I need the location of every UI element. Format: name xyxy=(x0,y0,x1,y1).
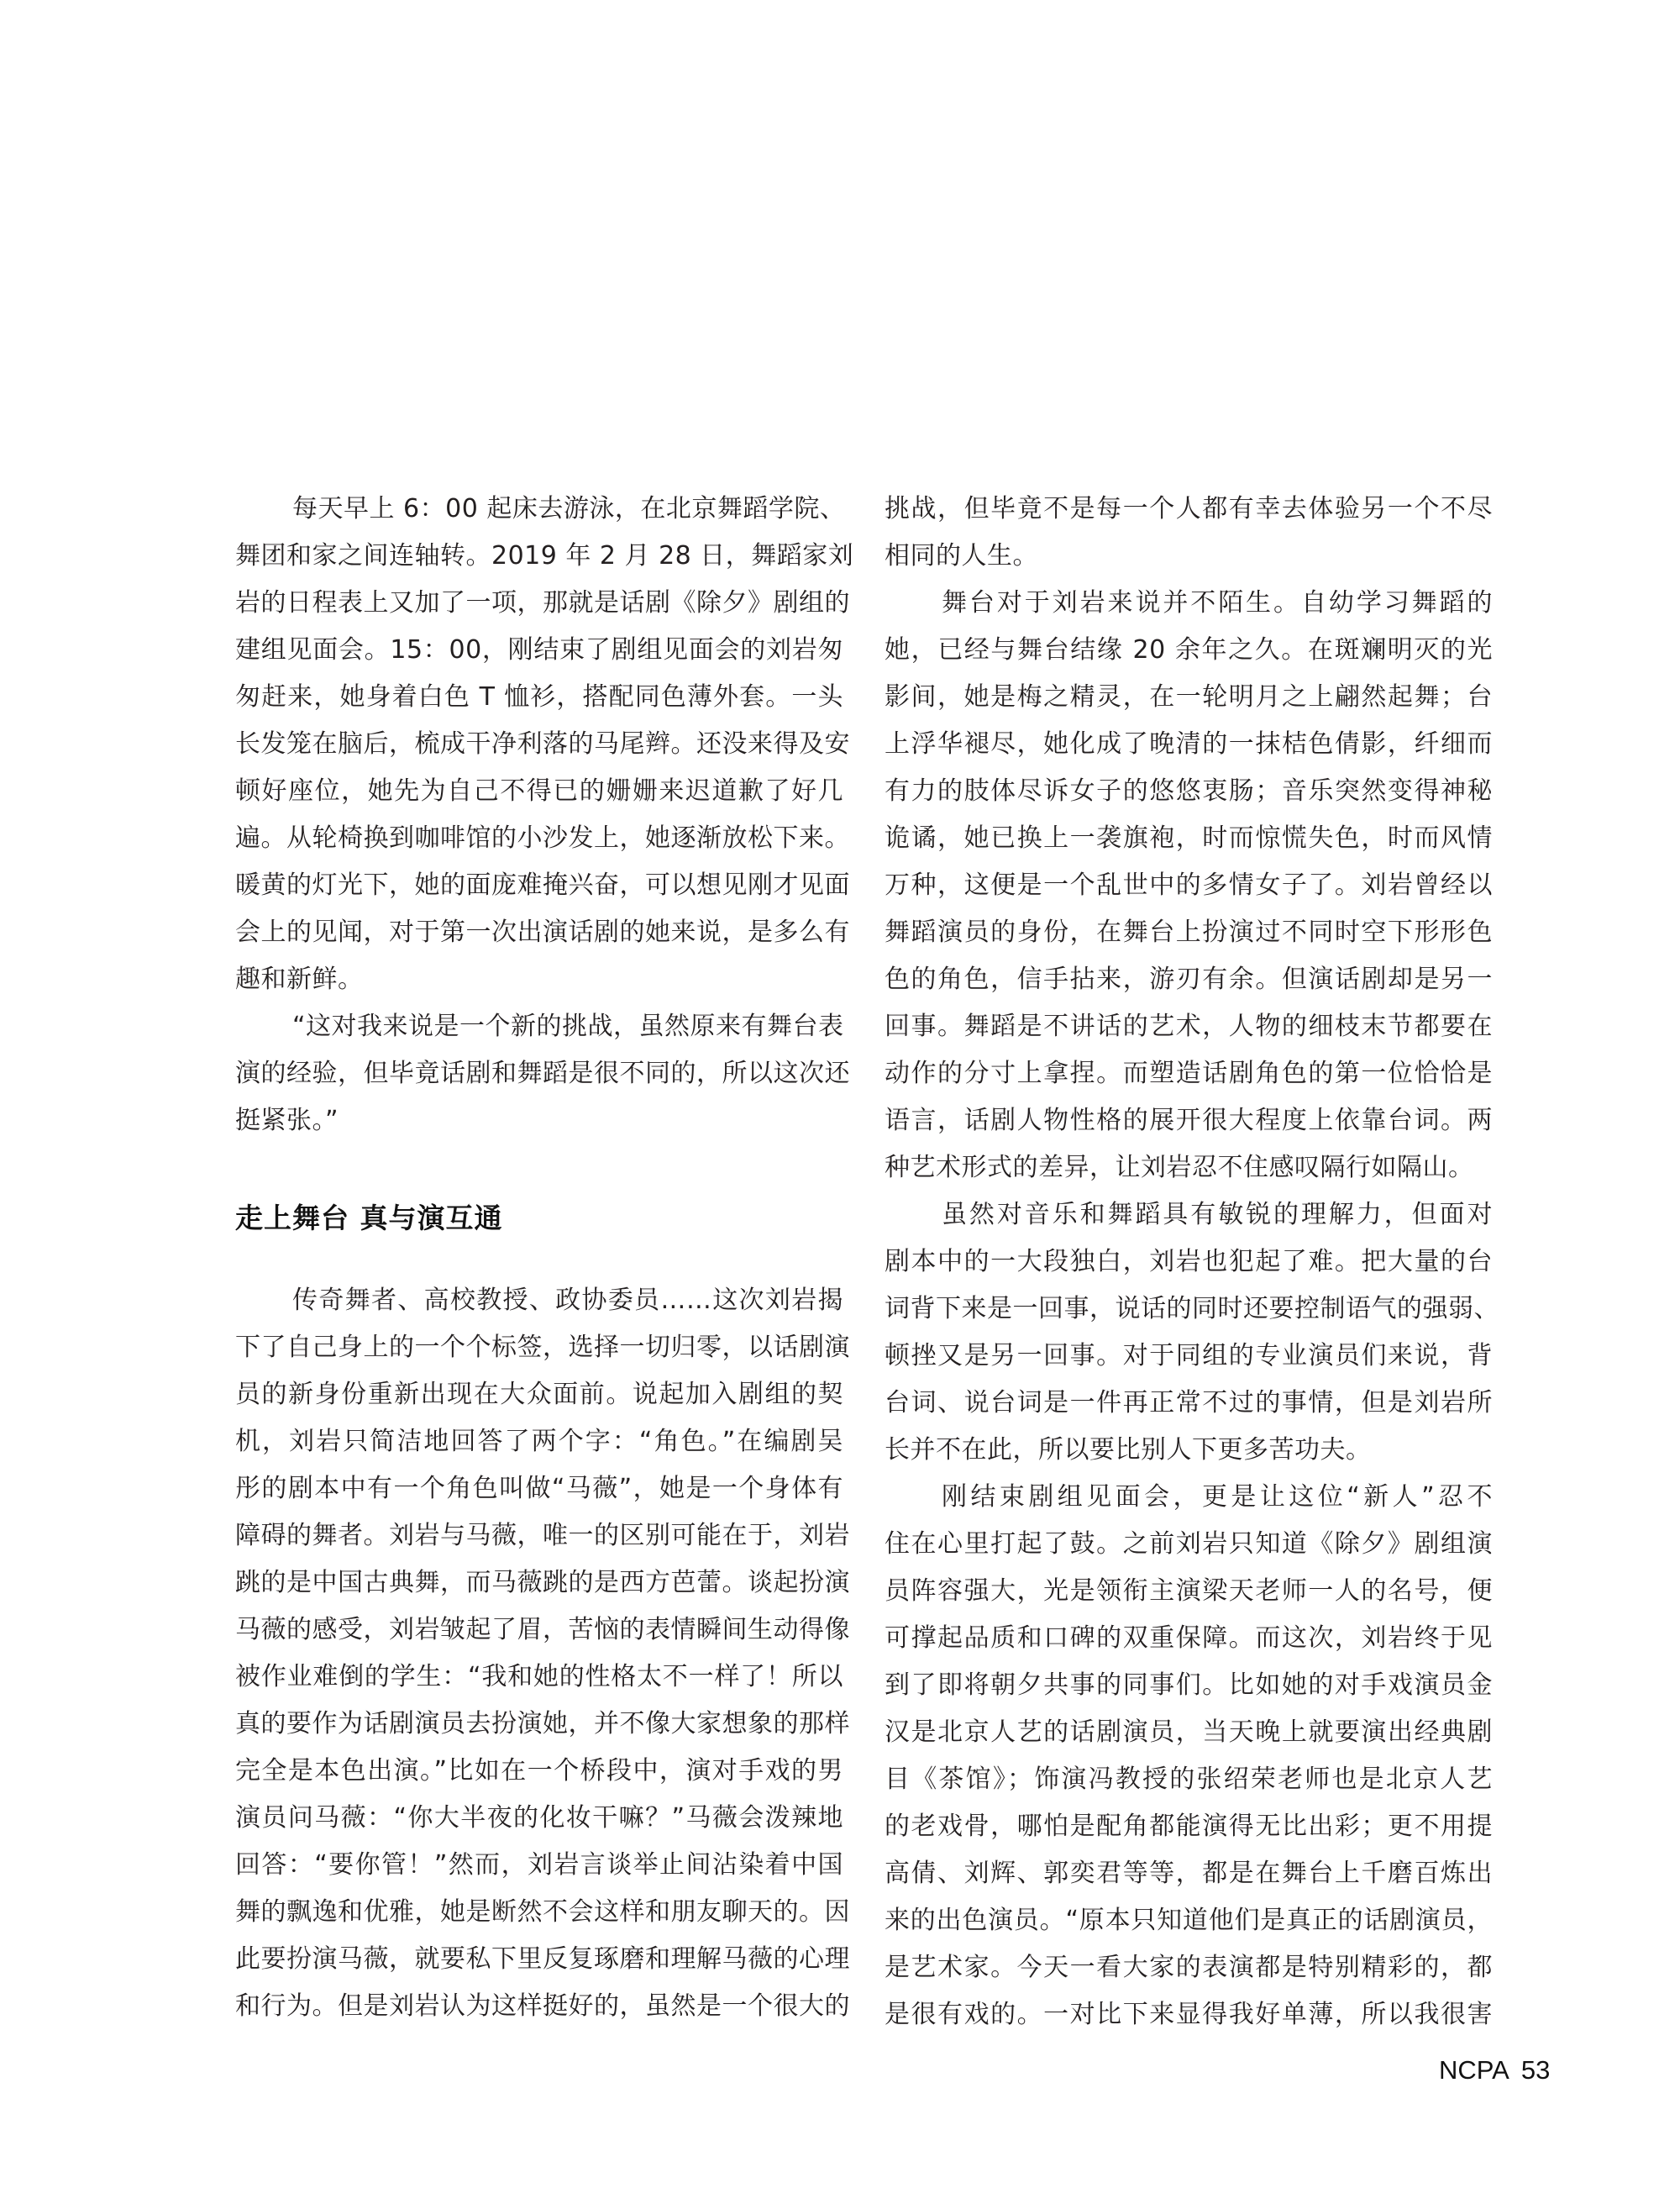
text-line: 回答：“要你管！”然而，刘岩言谈举止间沾染着中国 xyxy=(235,1842,843,1889)
text-line: 顿好座位，她先为自己不得已的姗姗来迟道歉了好几 xyxy=(235,768,843,815)
left-column: 每天早上 6：00 起床去游泳，在北京舞蹈学院、 舞团和家之间连轴转。2019 … xyxy=(235,486,843,2030)
paragraph-new-role-continued: 挑战，但毕竟不是每一个人都有幸去体验另一个不尽 相同的人生。 xyxy=(885,486,1493,580)
text-line: 每天早上 6：00 起床去游泳，在北京舞蹈学院、 xyxy=(235,486,843,533)
text-line: 种艺术形式的差异，让刘岩忍不住感叹隔行如隔山。 xyxy=(885,1144,1493,1191)
paragraph-new-role: 传奇舞者、高校教授、政协委员……这次刘岩揭 下了自己身上的一个个标签，选择一切归… xyxy=(235,1277,843,2030)
paragraph-quote-challenge: “这对我来说是一个新的挑战，虽然原来有舞台表 演的经验，但毕竟话剧和舞蹈是很不同… xyxy=(235,1003,843,1144)
text-line: 汉是北京人艺的话剧演员，当天晚上就要演出经典剧 xyxy=(885,1709,1493,1756)
paragraph-stage-career: 舞台对于刘岩来说并不陌生。自幼学习舞蹈的 她，已经与舞台结缘 20 余年之久。在… xyxy=(885,580,1493,1191)
text-line: 可撑起品质和口碑的双重保障。而这次，刘岩终于见 xyxy=(885,1615,1493,1662)
text-line: 障碍的舞者。刘岩与马薇，唯一的区别可能在于，刘岩 xyxy=(235,1512,843,1559)
text-line: 真的要作为话剧演员去扮演她，并不像大家想象的那样 xyxy=(235,1701,843,1748)
text-line: 机，刘岩只简洁地回答了两个字：“角色。”在编剧吴 xyxy=(235,1418,843,1465)
text-line: 长并不在此，所以要比别人下更多苦功夫。 xyxy=(885,1427,1493,1474)
blank-image-area xyxy=(0,0,1680,471)
text-line: 台词、说台词是一件再正常不过的事情，但是刘岩所 xyxy=(885,1380,1493,1427)
text-line: 舞蹈演员的身份，在舞台上扮演过不同时空下形形色 xyxy=(885,909,1493,956)
text-line: 诡谲，她已换上一袭旗袍，时而惊慌失色，时而风情 xyxy=(885,815,1493,862)
text-line: 挺紧张。” xyxy=(235,1097,843,1144)
text-line: 员阵容强大，光是领衔主演梁天老师一人的名号，便 xyxy=(885,1568,1493,1615)
page-number: 53 xyxy=(1521,2055,1550,2085)
magazine-page: 每天早上 6：00 起床去游泳，在北京舞蹈学院、 舞团和家之间连轴转。2019 … xyxy=(0,0,1680,2188)
text-line: 和行为。但是刘岩认为这样挺好的，虽然是一个很大的 xyxy=(235,1983,843,2030)
text-line: 影间，她是梅之精灵，在一轮明月之上翩然起舞；台 xyxy=(885,674,1493,721)
text-line: 语言，话剧人物性格的展开很大程度上依靠台词。两 xyxy=(885,1097,1493,1144)
text-line: 她，已经与舞台结缘 20 余年之久。在斑斓明灭的光 xyxy=(885,627,1493,674)
paragraph-morning-routine: 每天早上 6：00 起床去游泳，在北京舞蹈学院、 舞团和家之间连轴转。2019 … xyxy=(235,486,843,1003)
page-footer: NCPA53 xyxy=(1439,2055,1550,2085)
text-line: 舞团和家之间连轴转。2019 年 2 月 28 日，舞蹈家刘 xyxy=(235,533,843,580)
text-line: 相同的人生。 xyxy=(885,533,1493,580)
text-line: 传奇舞者、高校教授、政协委员……这次刘岩揭 xyxy=(235,1277,843,1324)
text-line: 马薇的感受，刘岩皱起了眉，苦恼的表情瞬间生动得像 xyxy=(235,1607,843,1654)
right-column: 挑战，但毕竟不是每一个人都有幸去体验另一个不尽 相同的人生。 舞台对于刘岩来说并… xyxy=(885,486,1493,2038)
text-line: 到了即将朝夕共事的同事们。比如她的对手戏演员金 xyxy=(885,1662,1493,1709)
text-line: 建组见面会。15：00，刚结束了剧组见面会的刘岩匆 xyxy=(235,627,843,674)
text-line: 剧本中的一大段独白，刘岩也犯起了难。把大量的台 xyxy=(885,1239,1493,1286)
text-line: 有力的肢体尽诉女子的悠悠衷肠；音乐突然变得神秘 xyxy=(885,768,1493,815)
text-line: 长发笼在脑后，梳成干净利落的马尾辫。还没来得及安 xyxy=(235,721,843,768)
spacer xyxy=(235,1144,843,1195)
text-line: 下了自己身上的一个个标签，选择一切归零，以话剧演 xyxy=(235,1324,843,1371)
text-line: 员的新身份重新出现在大众面前。说起加入剧组的契 xyxy=(235,1371,843,1418)
text-line: 岩的日程表上又加了一项，那就是话剧《除夕》剧组的 xyxy=(235,580,843,627)
section-heading: 走上舞台 真与演互通 xyxy=(235,1195,843,1242)
text-line: 挑战，但毕竟不是每一个人都有幸去体验另一个不尽 xyxy=(885,486,1493,533)
text-line: 的老戏骨，哪怕是配角都能演得无比出彩；更不用提 xyxy=(885,1803,1493,1850)
text-line: 舞台对于刘岩来说并不陌生。自幼学习舞蹈的 xyxy=(885,580,1493,627)
text-line: 目《茶馆》；饰演冯教授的张绍荣老师也是北京人艺 xyxy=(885,1756,1493,1803)
text-line: 趣和新鲜。 xyxy=(235,956,843,1003)
text-line: 此要扮演马薇，就要私下里反复琢磨和理解马薇的心理 xyxy=(235,1936,843,1983)
text-line: 虽然对音乐和舞蹈具有敏锐的理解力，但面对 xyxy=(885,1191,1493,1239)
text-line: 匆赶来，她身着白色 T 恤衫，搭配同色薄外套。一头 xyxy=(235,674,843,721)
text-line: 顿挫又是另一回事。对于同组的专业演员们来说，背 xyxy=(885,1333,1493,1380)
spacer xyxy=(235,1242,843,1277)
paragraph-monologue: 虽然对音乐和舞蹈具有敏锐的理解力，但面对 剧本中的一大段独白，刘岩也犯起了难。把… xyxy=(885,1191,1493,1474)
text-line: “这对我来说是一个新的挑战，虽然原来有舞台表 xyxy=(235,1003,843,1050)
text-line: 回事。舞蹈是不讲话的艺术，人物的细枝末节都要在 xyxy=(885,1003,1493,1050)
magazine-name: NCPA xyxy=(1439,2055,1509,2085)
text-line: 是很有戏的。一对比下来显得我好单薄，所以我很害 xyxy=(885,1991,1493,2038)
text-line: 来的出色演员。“原本只知道他们是真正的话剧演员， xyxy=(885,1897,1493,1944)
text-line: 演员问马薇：“你大半夜的化妆干嘛？”马薇会泼辣地 xyxy=(235,1795,843,1842)
paragraph-cast-meeting: 刚结束剧组见面会，更是让这位“新人”忍不 住在心里打起了鼓。之前刘岩只知道《除夕… xyxy=(885,1474,1493,2038)
text-line: 万种，这便是一个乱世中的多情女子了。刘岩曾经以 xyxy=(885,862,1493,909)
text-line: 上浮华褪尽，她化成了晚清的一抹桔色倩影，纤细而 xyxy=(885,721,1493,768)
text-line: 舞的飘逸和优雅，她是断然不会这样和朋友聊天的。因 xyxy=(235,1889,843,1936)
text-line: 动作的分寸上拿捏。而塑造话剧角色的第一位恰恰是 xyxy=(885,1050,1493,1097)
text-line: 会上的见闻，对于第一次出演话剧的她来说，是多么有 xyxy=(235,909,843,956)
text-line: 完全是本色出演。”比如在一个桥段中，演对手戏的男 xyxy=(235,1748,843,1795)
text-line: 是艺术家。今天一看大家的表演都是特别精彩的，都 xyxy=(885,1944,1493,1991)
text-line: 色的角色，信手拈来，游刃有余。但演话剧却是另一 xyxy=(885,956,1493,1003)
text-line: 被作业难倒的学生：“我和她的性格太不一样了！所以 xyxy=(235,1654,843,1701)
text-line: 跳的是中国古典舞，而马薇跳的是西方芭蕾。谈起扮演 xyxy=(235,1559,843,1607)
text-line: 遍。从轮椅换到咖啡馆的小沙发上，她逐渐放松下来。 xyxy=(235,815,843,862)
text-line: 高倩、刘辉、郭奕君等等，都是在舞台上千磨百炼出 xyxy=(885,1850,1493,1897)
text-line: 彤的剧本中有一个角色叫做“马薇”，她是一个身体有 xyxy=(235,1465,843,1512)
text-line: 演的经验，但毕竟话剧和舞蹈是很不同的，所以这次还 xyxy=(235,1050,843,1097)
text-line: 暖黄的灯光下，她的面庞难掩兴奋，可以想见刚才见面 xyxy=(235,862,843,909)
text-line: 词背下来是一回事，说话的同时还要控制语气的强弱、 xyxy=(885,1286,1493,1333)
text-line: 刚结束剧组见面会，更是让这位“新人”忍不 xyxy=(885,1474,1493,1521)
text-line: 住在心里打起了鼓。之前刘岩只知道《除夕》剧组演 xyxy=(885,1521,1493,1568)
